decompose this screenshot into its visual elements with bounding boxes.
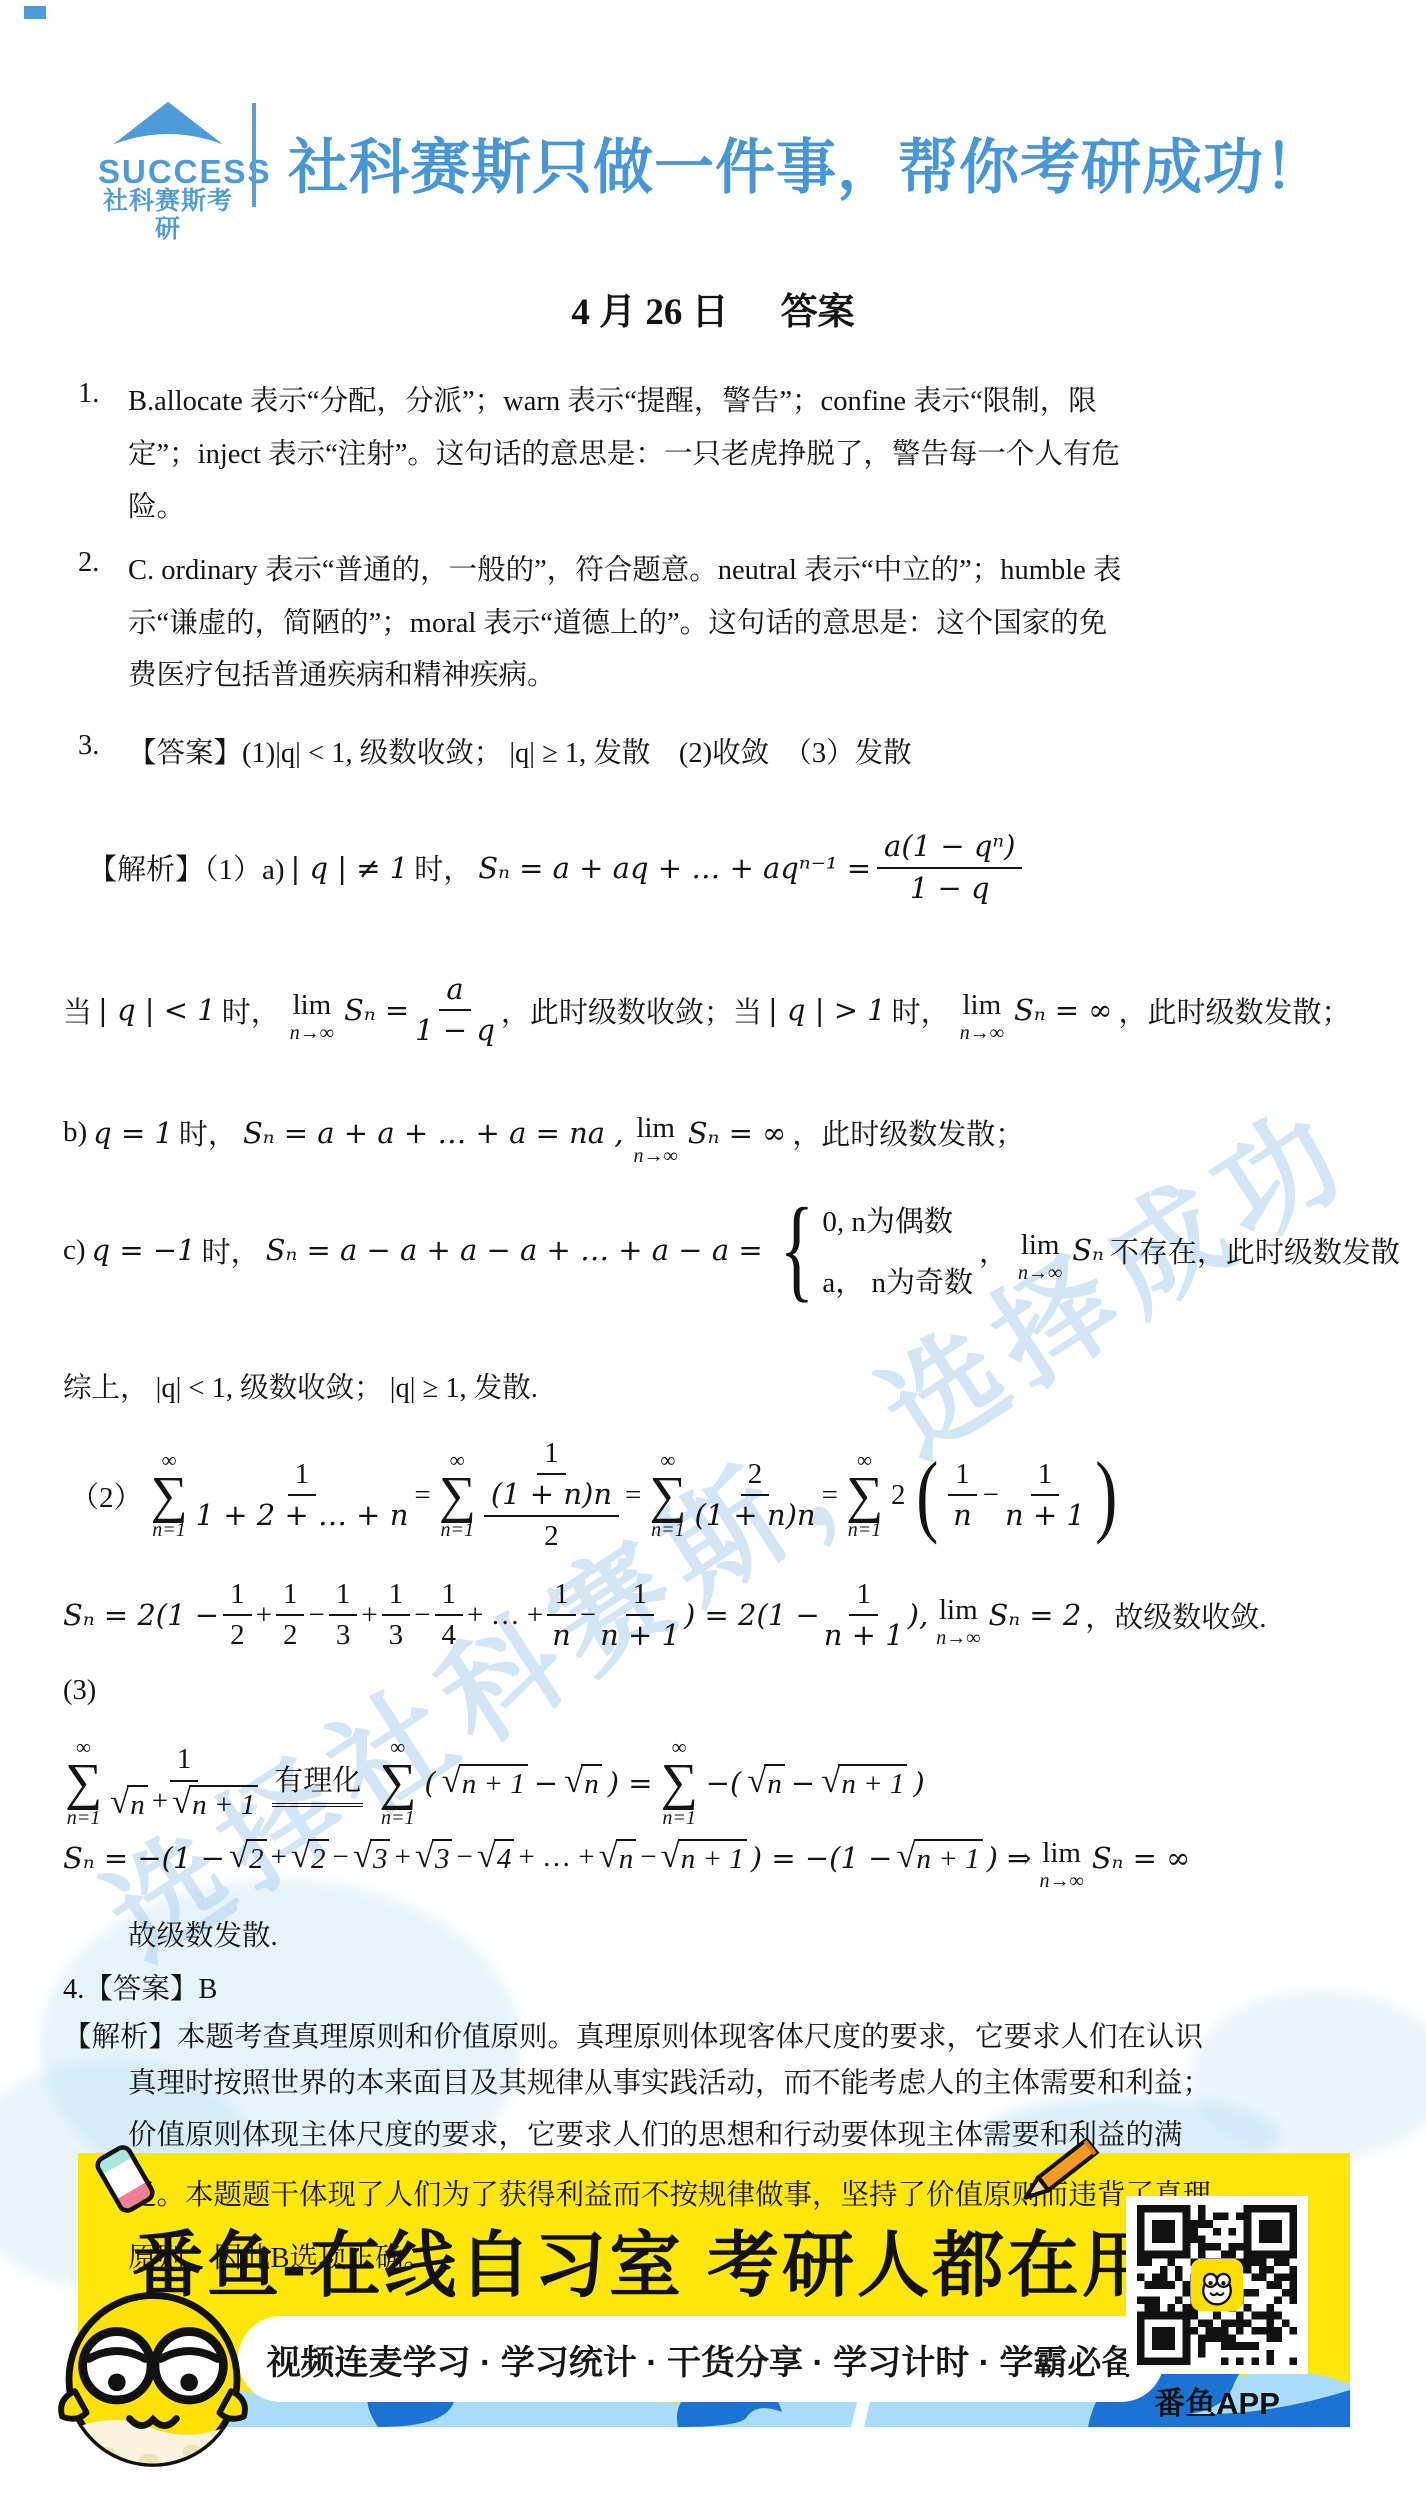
item1-line: B.allocate 表示“分配，分派”；warn 表示“提醒，警告”；conf… [128, 378, 1097, 419]
header-divider [252, 103, 256, 207]
banner-title: 番鱼-在线自习室 考研人都在用 [132, 2207, 1157, 2311]
limit: limn→∞ [936, 1596, 980, 1648]
item4-answer: 4.【答案】B [63, 1966, 217, 2007]
fraction: 11 + 2 + … + n [196, 1458, 409, 1533]
summation: ∞∑n=1 [379, 1737, 416, 1827]
limit: limn→∞ [290, 991, 334, 1043]
summation: ∞∑n=1 [846, 1450, 883, 1540]
item2-line: 费医疗包括普通疾病和精神疾病。 [128, 652, 556, 693]
page-title: 4 月 26 日 答案 [0, 281, 1426, 335]
formula-telescope: Sₙ = 2(1 − 12 + 12 − 13 + 13 − 14 + … + … [63, 1570, 1267, 1660]
radical: √n [747, 1764, 785, 1801]
radical: √n [564, 1764, 602, 1801]
item2-line: C. ordinary 表示“普通的，一般的”，符合题意。neutral 表示“… [128, 547, 1121, 588]
radical: √n + 1 [821, 1764, 907, 1801]
item1-line: 定”；inject 表示“注射”。这句话的意思是：一只老虎挣脱了，警告每一个人有… [128, 431, 1120, 472]
conclusion-line: 故级数发散. [128, 1913, 278, 1954]
qr-label: 番鱼APP [1126, 2378, 1308, 2423]
corner-mark [24, 6, 46, 19]
cases-brace: { [779, 1215, 814, 1285]
big-paren-left: ( [916, 1467, 938, 1522]
logo-wordmark: SUCCESS [98, 155, 238, 188]
document-page: 选择社科赛斯，选择成功 SUCCESS 社科赛斯考研 社科赛斯只做一件事，帮你考… [0, 0, 1426, 2517]
formula-jiexi: 【解析】（1）a) | q | ≠ 1 时， Sₙ = a + aq + … +… [88, 800, 1022, 935]
limit: limn→∞ [960, 991, 1004, 1043]
item-number: 1. [78, 378, 99, 410]
logo-subtitle: 社科赛斯考研 [98, 188, 238, 243]
qr-code [1126, 2196, 1308, 2374]
formula-part2: （2） ∞∑n=1 11 + 2 + … + n = ∞∑n=1 1 (1 + … [70, 1420, 1122, 1570]
limit: limn→∞ [634, 1114, 678, 1166]
summary-line: 综上， |q| < 1, 级数收敛； |q| ≥ 1, 发散. [63, 1365, 538, 1406]
title-date: 4 月 26 日 [571, 281, 728, 335]
item4-line: 价值原则体现主体尺度的要求，它要求人们的思想和行动要体现主体需要和利益的满 [128, 2112, 1183, 2153]
title-word: 答案 [781, 281, 855, 335]
part3-label: (3) [63, 1675, 96, 1707]
fraction: 2(1 + n)n [694, 1458, 815, 1533]
radical: √n + 1 [172, 1785, 258, 1822]
fraction: a(1 − qⁿ)1 − q [877, 830, 1022, 905]
item4-line: 【解析】本题考查真理原则和价值原则。真理原则体现客体尺度的要求，它要求人们在认识 [63, 2014, 1203, 2055]
summation: ∞∑n=1 [649, 1450, 686, 1540]
fraction: 1n + 1 [1005, 1458, 1085, 1533]
cases-block: 0, n为偶数a， n为奇数 [822, 1199, 973, 1301]
big-paren-right: ) [1095, 1467, 1117, 1522]
formula-case-b: b)q = 1 时，Sₙ = a + a + … + a = na , limn… [63, 1095, 1024, 1170]
formula-part3-sn: Sₙ = −(1 − √2 + √2 − √3 + √3 − √4 + … + … [63, 1820, 1190, 1895]
item3-answer: 【答案】(1)|q| < 1, 级数收敛； |q| ≥ 1, 发散 (2)收敛 … [128, 730, 912, 771]
fraction: 1n [948, 1458, 977, 1533]
banner-feature-pill: 视频连麦学习 · 学习统计 · 干货分享 · 学习计时 · 学霸必备 [238, 2316, 1164, 2402]
fraction: (1 + n)n2 [484, 1478, 619, 1553]
brand-logo: SUCCESS 社科赛斯考研 [98, 100, 238, 243]
fraction: 1 √n + √n + 1 [110, 1743, 258, 1822]
header-slogan: 社科赛斯只做一件事，帮你考研成功！ [288, 120, 1358, 206]
summation: ∞∑n=1 [661, 1737, 698, 1827]
radical: √n + 1 [442, 1764, 528, 1801]
rationalize-annotation: 有理化 [272, 1758, 363, 1807]
radical: √n [110, 1785, 148, 1822]
formula-case-c: c)q = −1 时，Sₙ = a − a + a − a + … + a − … [63, 1185, 1400, 1315]
item2-line: 示“谦虚的，简陋的”；moral 表示“道德上的”。这句话的意思是：这个国家的免 [128, 600, 1107, 641]
limit: limn→∞ [1018, 1231, 1062, 1283]
qr-center-fish-logo [1191, 2259, 1243, 2311]
item1-line: 险。 [128, 484, 185, 525]
item-number: 2. [78, 547, 99, 579]
summation: ∞∑n=1 [439, 1450, 476, 1540]
item4-line: 真理时按照世界的本来面目及其规律从事实践活动，而不能考虑人的主体需要和利益； [128, 2060, 1211, 2101]
fish-icon [1194, 2262, 1240, 2308]
limit: limn→∞ [1039, 1839, 1083, 1891]
fraction: 1 (1 + n)n2 [484, 1437, 619, 1553]
item-number: 3. [78, 730, 99, 762]
summation: ∞∑n=1 [151, 1450, 188, 1540]
fraction: a1 − q [415, 973, 495, 1048]
summation: ∞∑n=1 [65, 1737, 102, 1827]
formula-case-a: 当| q | < 1 时， limn→∞ Sₙ = a1 − q ，此时级数收敛… [63, 950, 1350, 1070]
mountain-roof-icon [105, 100, 231, 148]
pufferfish-mascot [55, 2272, 251, 2482]
